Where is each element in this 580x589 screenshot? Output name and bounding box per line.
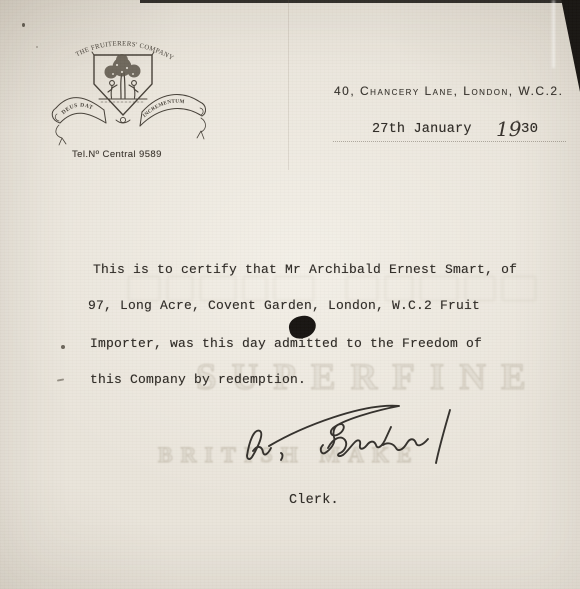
photo-edge-top — [140, 0, 580, 3]
clerk-signature — [233, 398, 463, 473]
signature-role: Clerk. — [289, 493, 339, 508]
body-line-1: This is to certify that Mr Archibald Ern… — [93, 262, 517, 277]
ink-speck — [36, 46, 38, 48]
ink-speck — [22, 23, 25, 27]
watermark-gap — [321, 277, 339, 300]
margin-dash — [57, 378, 64, 381]
date-century: 19 — [496, 117, 521, 141]
telephone-line: Tel.Nº Central 9589 — [72, 149, 162, 160]
photo-edge-corner — [556, 0, 580, 92]
margin-dot — [61, 345, 65, 349]
date-rule — [333, 141, 566, 142]
company-crest: THE FRUITERERS' COMPANY DEUS DAT INCREME… — [50, 28, 210, 156]
paper-crease — [288, 0, 289, 170]
document-scan: THE FRUITERERS' COMPANY DEUS DAT INCREME… — [0, 0, 580, 589]
date-year: 30 — [521, 121, 538, 137]
tree-canopy — [105, 54, 141, 79]
adam-eve-figures — [108, 81, 138, 98]
crest-motto-left: DEUS DAT — [61, 102, 94, 115]
address-line: 40, Chancery Lane, London, W.C.2. — [334, 84, 563, 98]
paper-edge-highlight — [552, 0, 555, 68]
date-day-month: 27th January — [372, 122, 472, 137]
body-line-2: 97, Long Acre, Covent Garden, London, W.… — [88, 298, 480, 313]
body-line-4: this Company by redemption. — [90, 372, 306, 387]
body-line-3: Importer, was this day admitted to the F… — [90, 336, 482, 351]
watermark-glyph — [502, 276, 536, 301]
